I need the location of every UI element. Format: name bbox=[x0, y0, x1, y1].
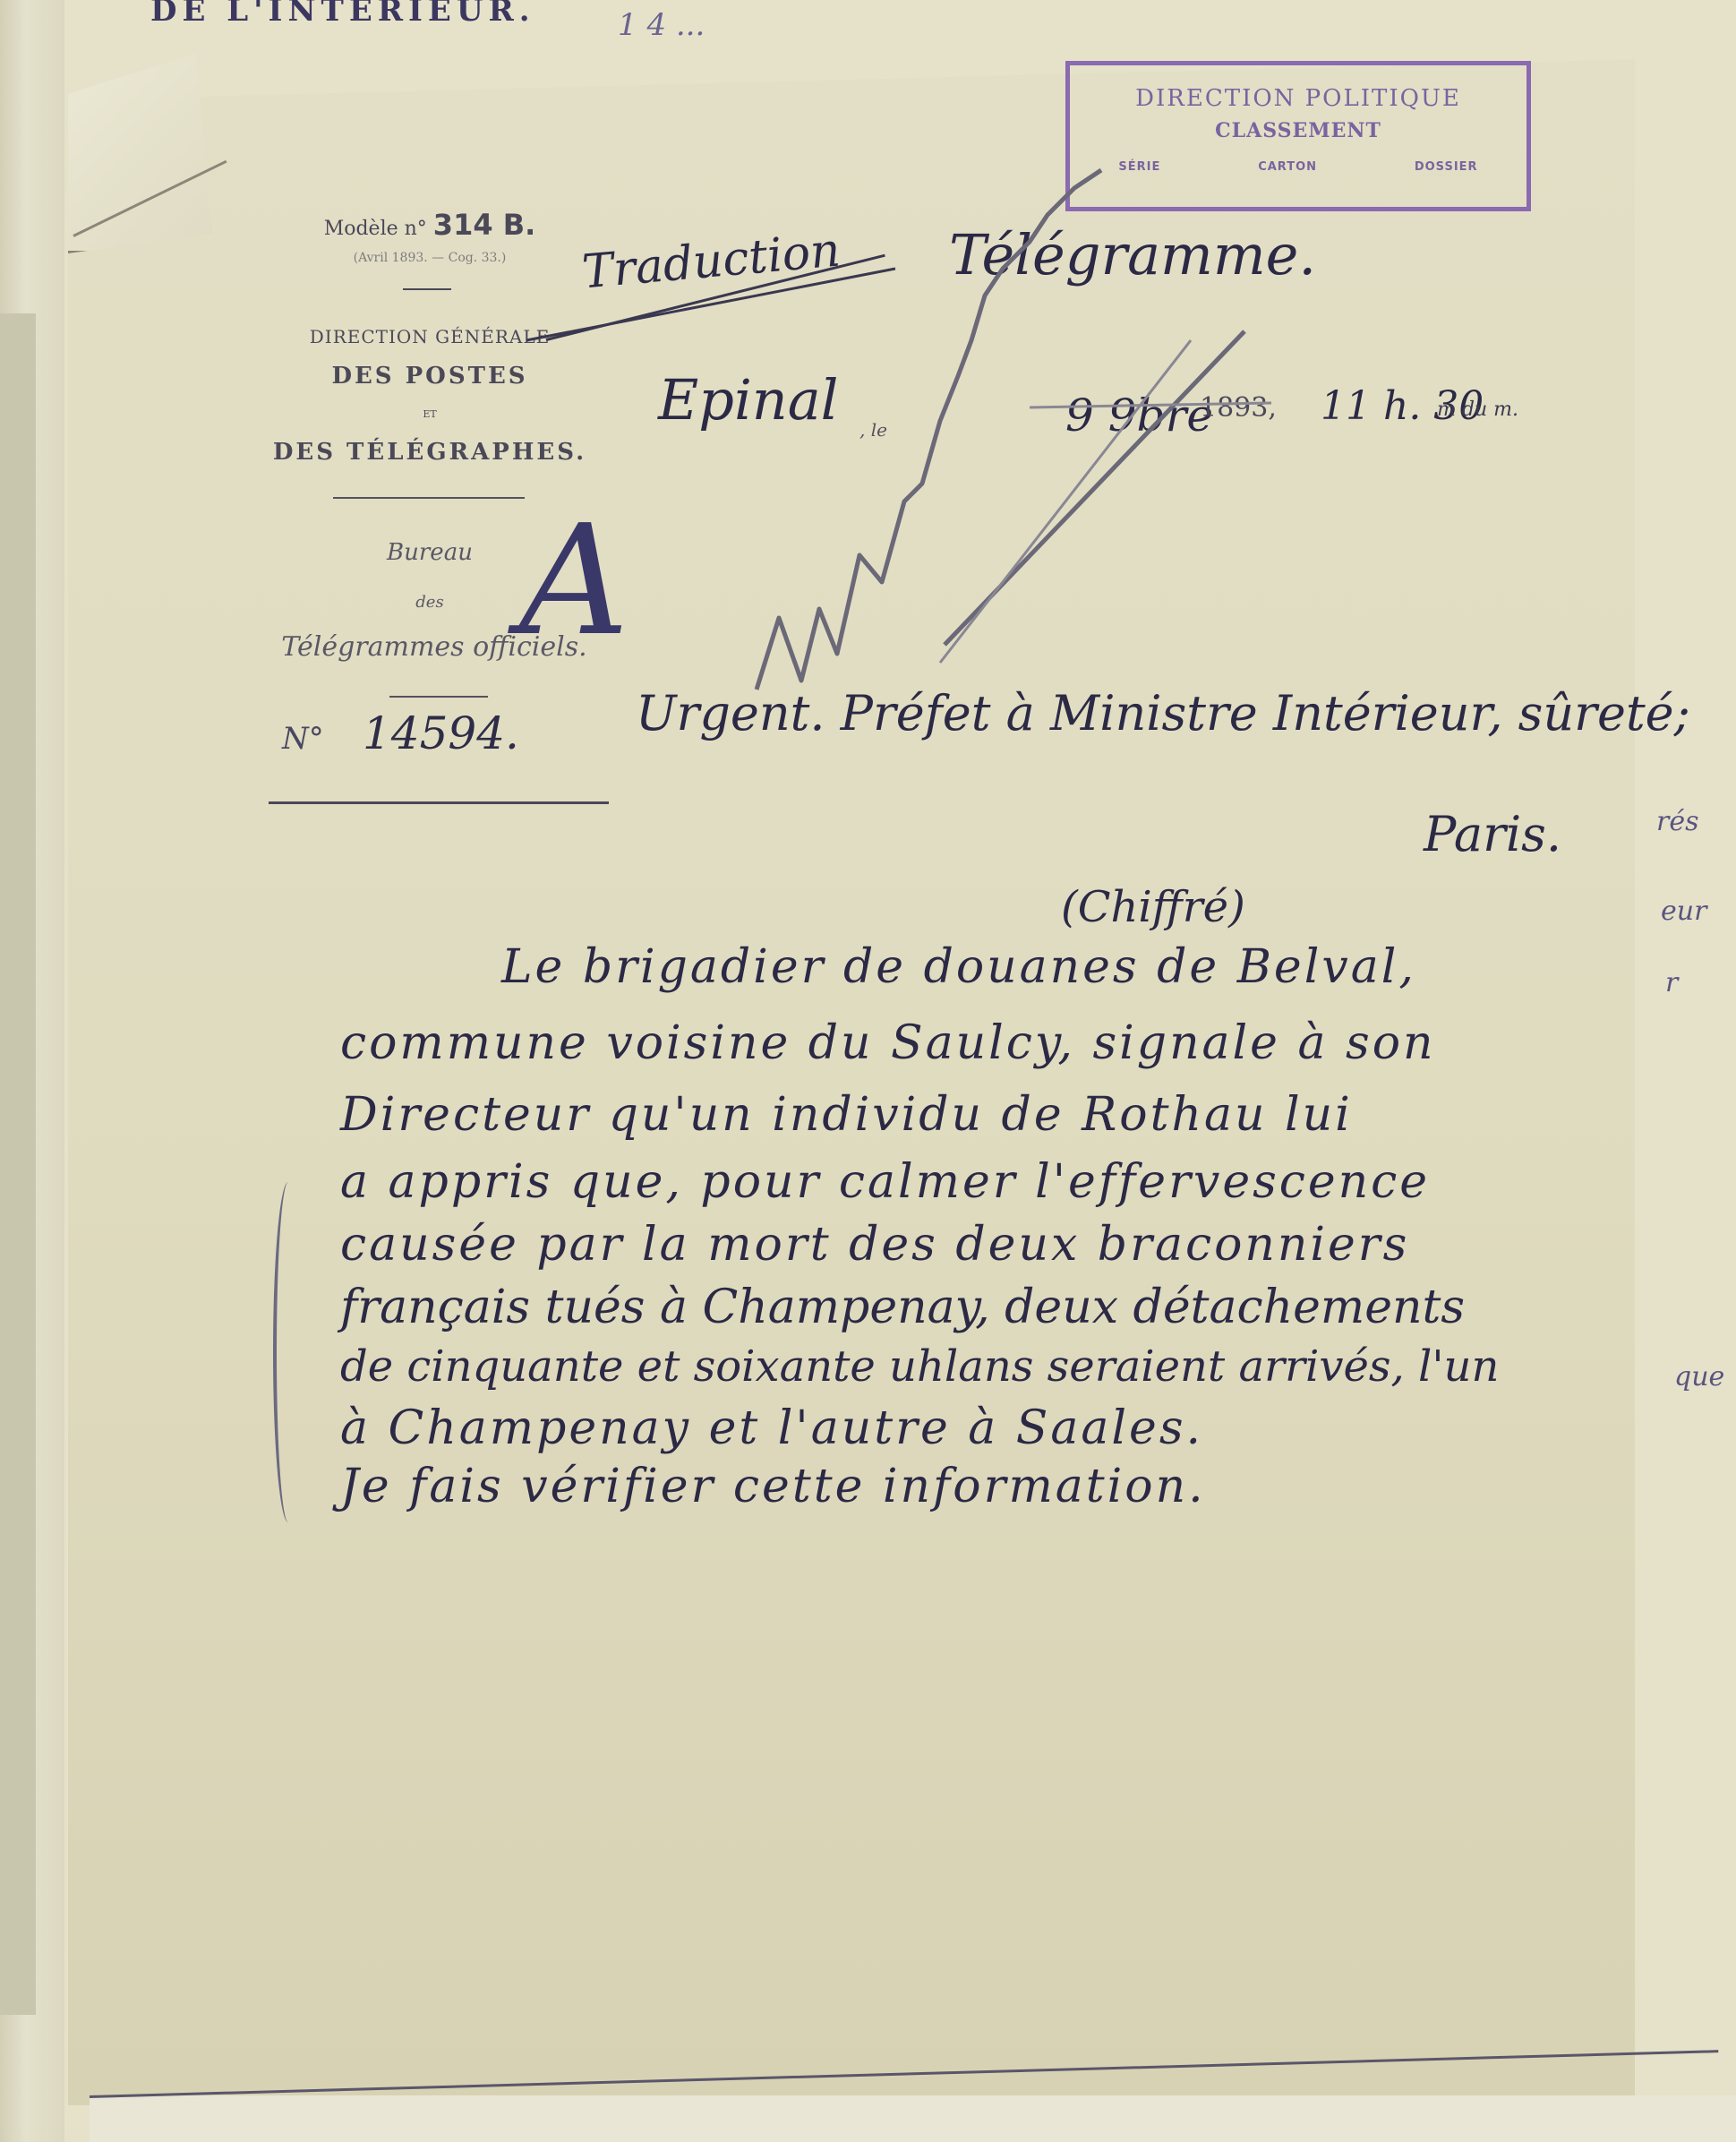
origin-city: Epinal bbox=[658, 367, 839, 433]
margin-fragment: que bbox=[1674, 1361, 1724, 1392]
body-line: a appris que, pour calmer l'effervescenc… bbox=[340, 1155, 1430, 1209]
margin-fragment: eur bbox=[1661, 895, 1706, 927]
body-line: commune voisine du Saulcy, signale à son bbox=[340, 1016, 1436, 1070]
form-model-number: 314 B. bbox=[433, 208, 535, 242]
date-year: 1893, bbox=[1200, 392, 1277, 424]
stamp-classement: CLASSEMENT bbox=[1070, 119, 1526, 142]
stamp-field-dossier: DOSSIER bbox=[1415, 160, 1478, 174]
destination: Paris. bbox=[1424, 806, 1561, 862]
et-label: ET bbox=[269, 408, 591, 420]
stamp-direction: DIRECTION POLITIQUE bbox=[1070, 85, 1526, 112]
form-edition: (Avril 1893. — Cog. 33.) bbox=[269, 251, 591, 265]
divider bbox=[389, 696, 488, 698]
des-telegraphes: DES TÉLÉGRAPHES. bbox=[260, 439, 600, 466]
margin-fragment: rés bbox=[1656, 806, 1699, 837]
numero-label: N° bbox=[282, 721, 324, 757]
underlying-page-scribble: 1 4 ... bbox=[618, 7, 705, 43]
form-model: Modèle n° 314 B. bbox=[269, 208, 591, 242]
divider bbox=[269, 801, 609, 804]
classification-stamp: DIRECTION POLITIQUE CLASSEMENT SÉRIE CAR… bbox=[1065, 61, 1531, 211]
body-line: causée par la mort des deux braconniers bbox=[340, 1218, 1409, 1272]
body-line: à Champenay et l'autre à Saales. bbox=[340, 1401, 1203, 1455]
divider bbox=[333, 497, 525, 499]
date-le-label: , le bbox=[859, 419, 887, 441]
underlying-page-title: DE L'INTÉRIEUR. bbox=[150, 0, 535, 29]
body-line: de cinquante et soixante uhlans seraient… bbox=[340, 1341, 1499, 1392]
time-suffix: m du m. bbox=[1437, 398, 1518, 421]
stamp-field-serie: SÉRIE bbox=[1118, 160, 1160, 174]
telegram-number: 14594. bbox=[363, 707, 519, 759]
folder-edge-shadow bbox=[0, 313, 36, 2015]
initial-mark: A bbox=[519, 493, 629, 670]
body-line: Je fais vérifier cette information. bbox=[340, 1460, 1206, 1513]
underlying-sheet-bottom bbox=[90, 2095, 1736, 2142]
cipher-note: (Chiffré) bbox=[1061, 882, 1245, 932]
body-line: Directeur qu'un individu de Rothau lui bbox=[340, 1088, 1353, 1142]
form-model-label: Modèle n° bbox=[324, 218, 427, 240]
telegramme-heading: Télégramme. bbox=[949, 222, 1316, 287]
body-line: français tués à Champenay, deux détachem… bbox=[340, 1281, 1465, 1334]
body-line: Le brigadier de douanes de Belval, bbox=[501, 940, 1416, 994]
margin-bracket bbox=[273, 1182, 304, 1522]
addressing-line: Urgent. Préfet à Ministre Intérieur, sûr… bbox=[636, 685, 1690, 741]
stamp-field-carton: CARTON bbox=[1258, 160, 1317, 174]
date-day: 9 9bre bbox=[1065, 390, 1213, 441]
divider bbox=[403, 288, 451, 290]
stamp-fields: SÉRIE CARTON DOSSIER bbox=[1070, 160, 1526, 174]
margin-fragment: r bbox=[1665, 967, 1678, 998]
direction-generale: DIRECTION GÉNÉRALE bbox=[269, 326, 591, 347]
des-postes: DES POSTES bbox=[269, 363, 591, 390]
